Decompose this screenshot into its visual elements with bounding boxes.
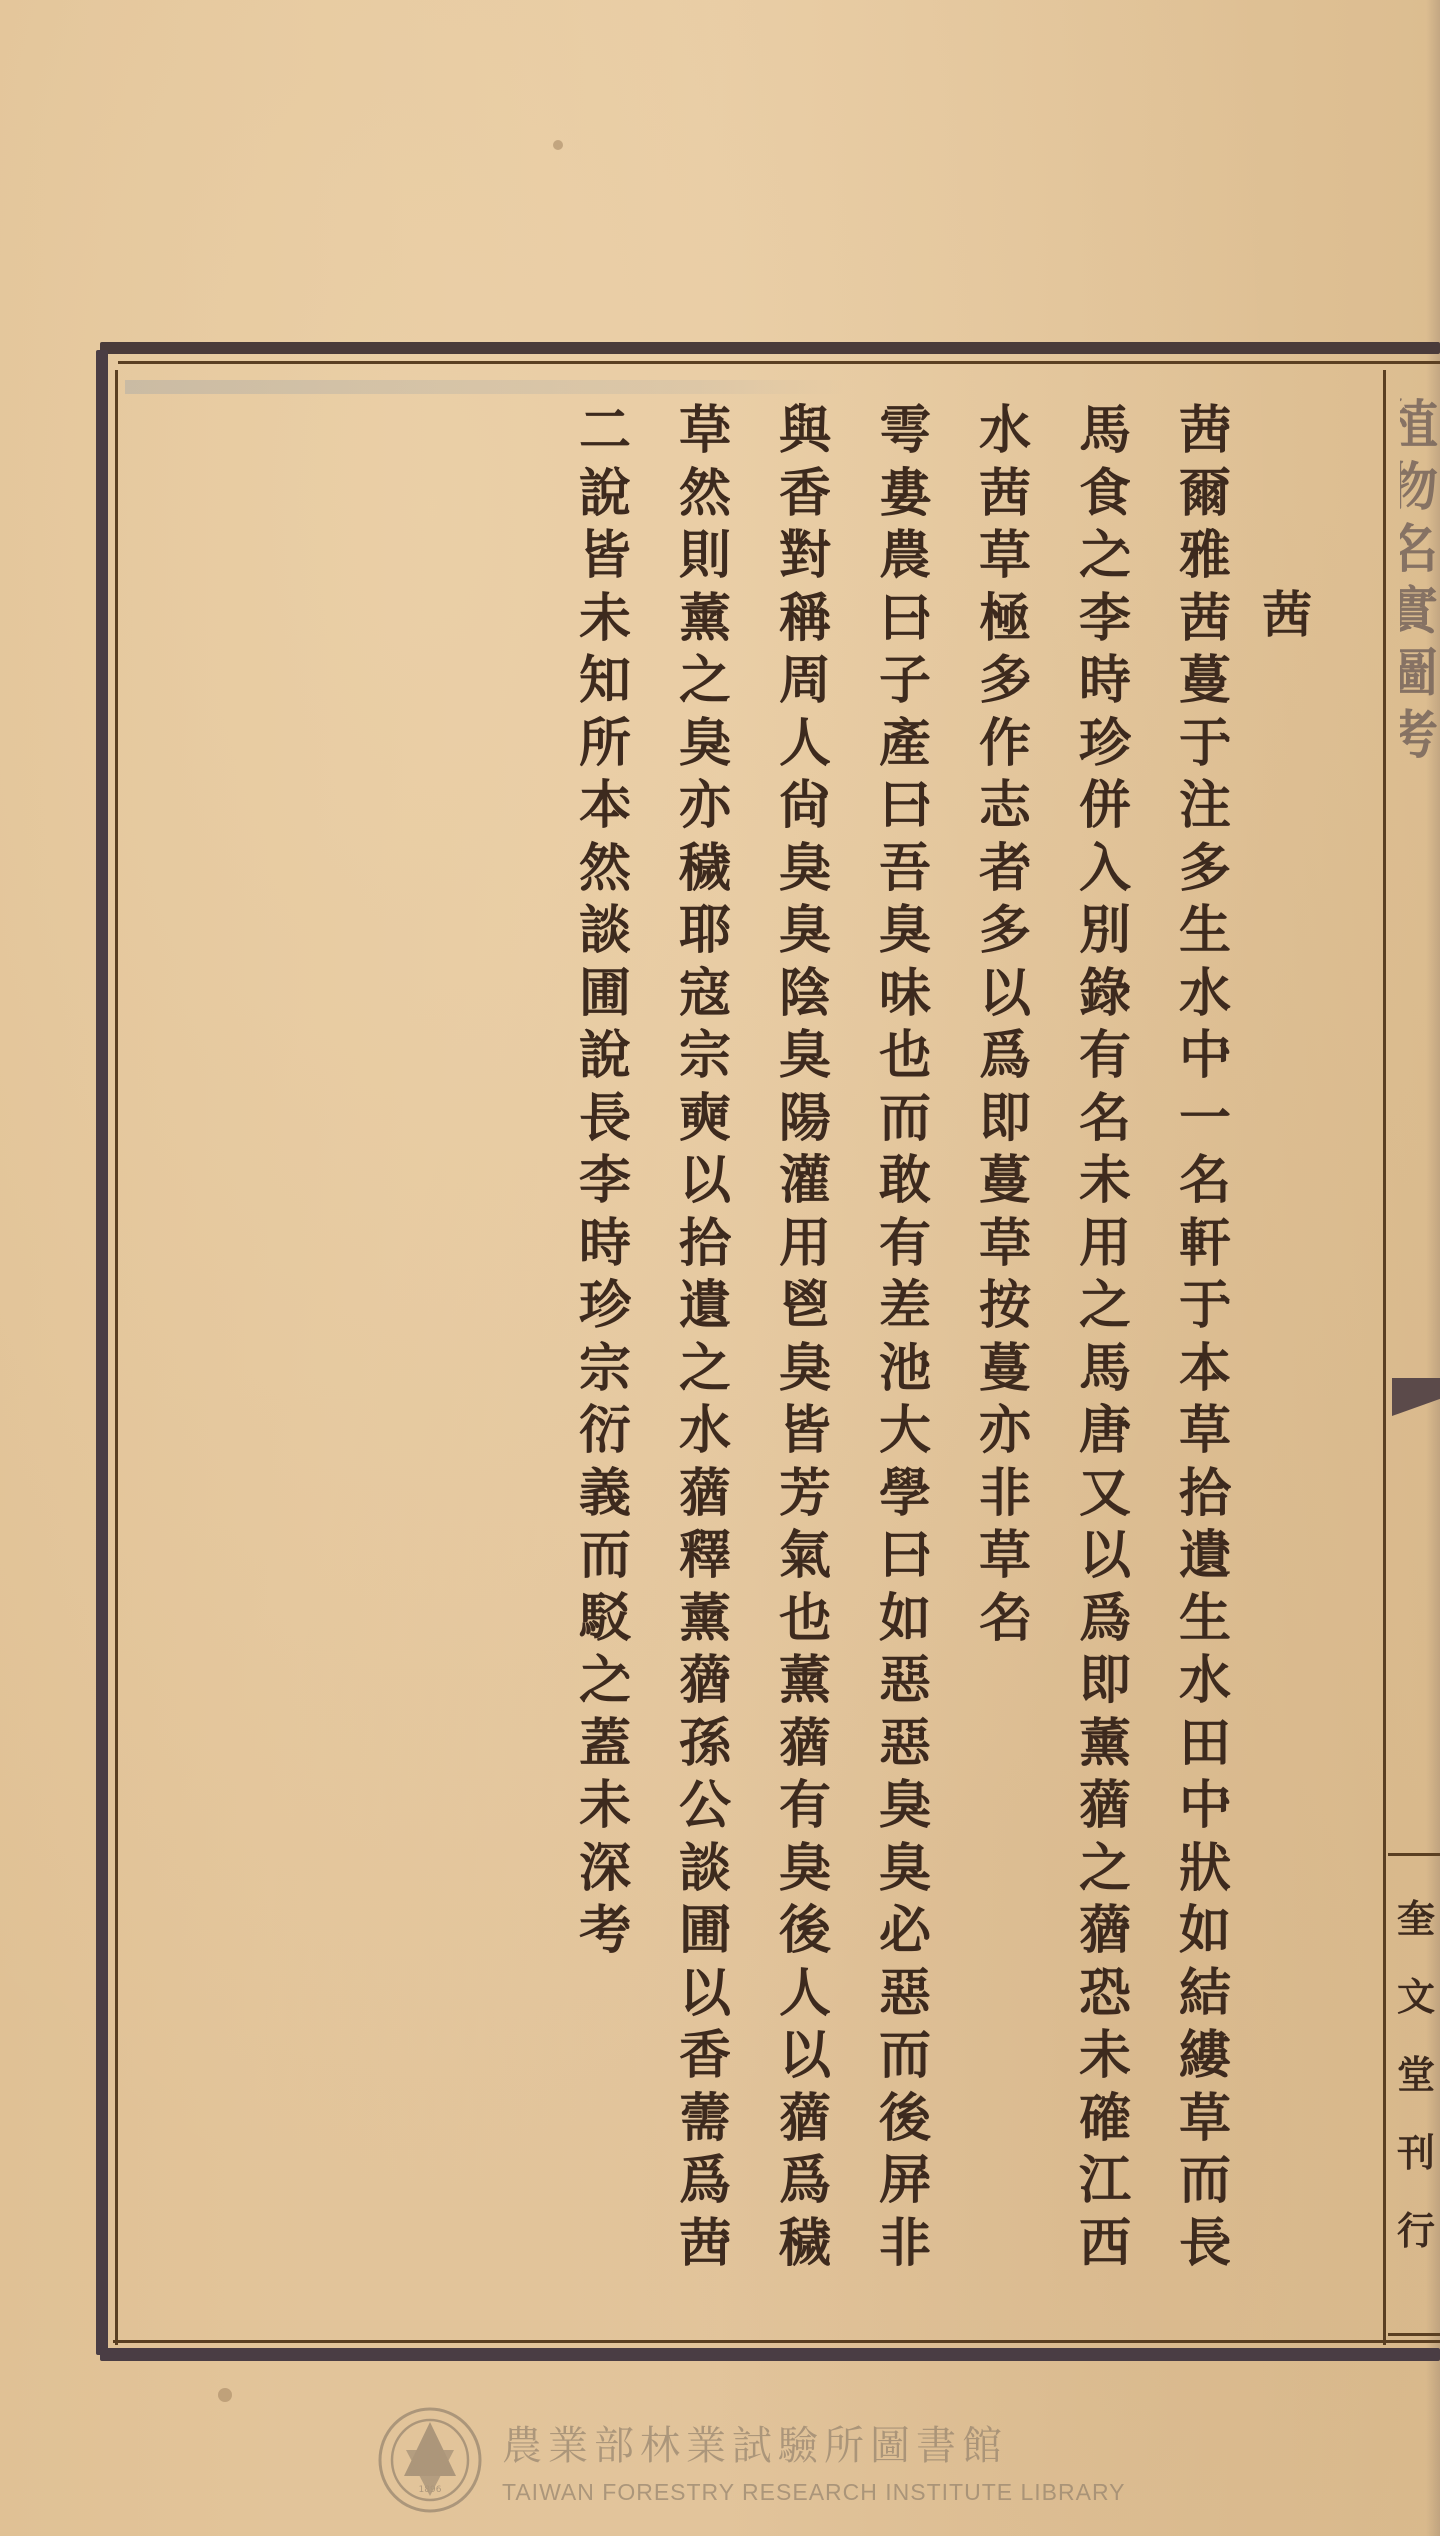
glyph: 多 [1179,838,1231,901]
glyph: 人 [779,713,831,776]
glyph: 如 [879,1588,931,1651]
glyph: 灌 [779,1150,831,1213]
triangle-star-seal-icon: 1896 [376,2406,484,2514]
glyph: 用 [1079,1213,1131,1276]
glyph: 之、 [1079,525,1131,588]
glyph: 大 [879,1400,931,1463]
glyph: 名、 [979,1588,1031,1651]
glyph: 物 [1400,457,1438,519]
glyph: 多、 [979,650,1031,713]
glyph: 即 [1079,1650,1131,1713]
text-column-4: 雩婁農曰、子產曰、吾臭味也、而敢有差池、大學曰、如惡惡臭、臭必惡而後屏、非 [870,400,940,2275]
glyph: 馬 [1079,400,1131,463]
glyph: 池、 [879,1338,931,1401]
text-column-3: 水茜草極多、作志者、多以爲即蔓草、按蔓亦非草名、 [970,400,1040,1650]
glyph: 于、 [1179,713,1231,776]
glyph: 說 [579,463,631,526]
glyph: 用 [779,1213,831,1276]
glyph: 李 [579,1150,631,1213]
glyph: 草 [1179,1400,1231,1463]
glyph: 李 [1079,588,1131,651]
glyph: 非 [979,1463,1031,1526]
printer-label: 奎文堂刊行 [1392,1880,1440,2270]
glyph: 長、 [1179,2213,1231,2276]
glyph: 爲、 [1079,1588,1131,1651]
glyph: 臭 [879,1838,931,1901]
glyph: 釋 [679,1525,731,1588]
glyph: 屏、 [879,2150,931,2213]
text-column-2: 馬食之、李時珍併入別錄、有名未用之馬唐、又以爲、即薰蕕之蕕、恐未確、江西 [1070,400,1140,2275]
glyph: 皆 [779,1400,831,1463]
glyph: 臭 [879,900,931,963]
glyph: 以 [979,963,1031,1026]
glyph: 考 [1400,705,1438,767]
glyph: 蕕 [1079,1775,1131,1838]
glyph: 按 [979,1275,1031,1338]
glyph: 本 [1179,1338,1231,1401]
glyph: 珍 [1079,713,1131,776]
glyph: 則 [679,525,731,588]
glyph: 狀 [1179,1838,1231,1901]
glyph: 圖 [1400,643,1438,705]
glyph: 非 [879,2213,931,2276]
glyph: 與 [779,400,831,463]
glyph: 談 [579,900,631,963]
glyph: 孫 [679,1713,731,1776]
glyph: 注 [1179,775,1231,838]
frame-border-left [96,350,108,2355]
glyph: 曰、 [879,1525,931,1588]
glyph: 草 [1179,2088,1231,2151]
frame-inner-rule-top [118,361,1440,364]
glyph: 臭、 [779,838,831,901]
glyph: 亦 [979,1400,1031,1463]
glyph: 蕕、 [679,1650,731,1713]
glyph: 名 [1400,519,1438,581]
glyph: 義 [579,1463,631,1526]
glyph: 植 [1400,395,1438,457]
glyph: 稱、 [779,588,831,651]
glyph: 茜、 [1179,400,1231,463]
library-name-en: TAIWAN FORESTRY RESEARCH INSTITUTE LIBRA… [502,2479,1125,2506]
glyph: 香 [679,2025,731,2088]
glyph: 以 [779,2025,831,2088]
glyph: 未 [579,1775,631,1838]
svg-text:1896: 1896 [419,2485,442,2495]
glyph: 結 [1179,1963,1231,2026]
glyph: 考、 [579,1900,631,1963]
glyph: 以 [679,1963,731,2026]
frame-border-bottom [100,2348,1440,2361]
glyph: 然 [679,463,731,526]
paper-speck [218,2388,232,2402]
glyph: 陽、 [779,1088,831,1151]
glyph: 縷 [1179,2025,1231,2088]
glyph: 唐、 [1079,1400,1131,1463]
glyph: 草、 [979,1213,1031,1276]
glyph: 人 [779,1963,831,2026]
glyph: 又 [1079,1463,1131,1526]
glyph: 亦 [679,775,731,838]
glyph: 薰 [679,588,731,651]
glyph: 雩 [879,400,931,463]
glyph: 圃 [579,963,631,1026]
glyph: 之、 [579,1650,631,1713]
frame-border-top [100,342,1440,354]
glyph: 奭 [679,1088,731,1151]
entry-heading: 茜 [1262,575,1312,647]
glyph: 蕕 [779,2088,831,2151]
glyph: 文 [1397,1958,1435,2036]
glyph: 而 [579,1525,631,1588]
glyph: 衍 [579,1400,631,1463]
glyph: 爲 [979,1025,1031,1088]
glyph: 惡 [879,1650,931,1713]
glyph: 也、 [779,1588,831,1651]
frame-inner-rule-left [115,370,118,2345]
glyph: 即 [979,1088,1031,1151]
glyph: 恐 [1079,1963,1131,2026]
glyph: 遺、 [1179,1525,1231,1588]
glyph: 皆 [579,525,631,588]
text-column-1: 茜、爾雅茜蔓于、注多生水中、一名軒于、本草拾遺、生水田中、狀如結縷草而長、 [1170,400,1240,2275]
glyph: 也、 [879,1025,931,1088]
glyph: 茜、 [679,2213,731,2276]
glyph: 中、 [1179,1775,1231,1838]
glyph: 長、 [579,1088,631,1151]
glyph: 知 [579,650,631,713]
glyph: 二 [579,400,631,463]
glyph: 蕕 [679,1463,731,1526]
glyph: 吾 [879,838,931,901]
glyph: 寇 [679,963,731,1026]
glyph: 草、 [679,400,731,463]
glyph: 時 [1079,650,1131,713]
glyph: 錄、 [1079,963,1131,1026]
glyph: 蔓 [979,1338,1031,1401]
glyph: 水 [1179,1650,1231,1713]
glyph: 陰 [779,963,831,1026]
glyph: 薰 [779,1650,831,1713]
glyph: 生 [1179,1588,1231,1651]
glyph: 圃、 [679,1900,731,1963]
text-column-7: 二說皆未知所本、然談圃說長、李時珍、宗衍義而駁之、蓋未深考、 [570,400,640,1963]
glyph: 爾 [1179,463,1231,526]
glyph: 確、 [1079,2088,1131,2151]
glyph: 拾 [679,1213,731,1276]
glyph: 茜 [1179,588,1231,651]
glyph: 之 [679,1338,731,1401]
glyph: 于、 [1179,1275,1231,1338]
glyph: 香 [779,463,831,526]
glyph: 宗 [679,1025,731,1088]
glyph: 有 [1079,1025,1131,1088]
glyph: 行 [1397,2192,1435,2270]
glyph: 水 [679,1400,731,1463]
glyph: 穢 [779,2213,831,2276]
glyph: 江 [1079,2150,1131,2213]
glyph: 臭、 [879,1775,931,1838]
glyph: 刊 [1397,2114,1435,2192]
glyph: 敢 [879,1150,931,1213]
glyph: 一 [1179,1088,1231,1151]
glyph: 中、 [1179,1025,1231,1088]
glyph: 遺 [679,1275,731,1338]
glyph: 然 [579,838,631,901]
glyph: 臭 [779,900,831,963]
glyph: 公 [679,1775,731,1838]
glyph: 實 [1400,581,1438,643]
glyph: 併 [1079,775,1131,838]
label-rule-bottom [1388,2333,1440,2336]
margin-book-title: 植物名實圖考 [1400,395,1440,767]
glyph: 珍、 [579,1275,631,1338]
glyph: 蓋 [579,1713,631,1776]
glyph: 芳 [779,1463,831,1526]
glyph: 生 [1179,900,1231,963]
glyph: 子 [879,650,931,713]
glyph: 多 [979,900,1031,963]
glyph: 未 [1079,1150,1131,1213]
glyph: 之 [1079,1275,1131,1338]
glyph: 蕕 [779,1713,831,1776]
glyph: 周 [779,650,831,713]
glyph: 臭、 [679,713,731,776]
glyph: 宗 [579,1338,631,1401]
library-name-zh: 農業部林業試驗所圖書館 [502,2414,1125,2471]
glyph: 西 [1079,2213,1131,2276]
center-fold-rule [1383,370,1386,2345]
glyph: 有 [879,1213,931,1276]
frame-inner-rule-bottom [113,2340,1440,2343]
glyph: 而 [879,2025,931,2088]
glyph: 茜 [979,463,1031,526]
glyph: 堂 [1397,2036,1435,2114]
glyph: 薰 [1079,1713,1131,1776]
glyph: 名 [1079,1088,1131,1151]
text-column-5: 與香對稱、周人尙臭、臭陰臭陽、灌用鬯臭、皆芳氣也、薰蕕有臭、後人以蕕爲穢 [770,400,840,2275]
glyph: 以 [679,1150,731,1213]
glyph: 蕕、 [1079,1900,1131,1963]
library-watermark: 1896 農業部林業試驗所圖書館 TAIWAN FORESTRY RESEARC… [376,2395,1125,2525]
glyph: 耶、 [679,900,731,963]
glyph: 草 [979,525,1031,588]
glyph: 爲 [779,2150,831,2213]
glyph: 如 [1179,1900,1231,1963]
paper-speck [553,140,563,150]
glyph: 入 [1079,838,1131,901]
glyph: 奎 [1397,1880,1435,1958]
glyph: 必 [879,1900,931,1963]
glyph: 未 [579,588,631,651]
glyph: 雅 [1179,525,1231,588]
glyph: 本、 [579,775,631,838]
glyph: 者、 [979,838,1031,901]
glyph: 薷 [679,2088,731,2151]
glyph: 婁 [879,463,931,526]
glyph: 水 [979,400,1031,463]
glyph: 而 [879,1088,931,1151]
glyph: 作 [979,713,1031,776]
glyph: 曰、 [879,588,931,651]
glyph: 名 [1179,1150,1231,1213]
glyph: 臭、 [779,1338,831,1401]
glyph: 惡 [879,1963,931,2026]
label-rule-top [1388,1853,1440,1856]
glyph: 臭、 [779,1838,831,1901]
glyph: 曰、 [879,775,931,838]
glyph: 後 [779,1900,831,1963]
text-column-6: 草、然則薰之臭、亦穢耶、寇宗奭以拾遺之水蕕釋薰蕕、孫公談圃、以香薷爲茜、 [670,400,740,2275]
